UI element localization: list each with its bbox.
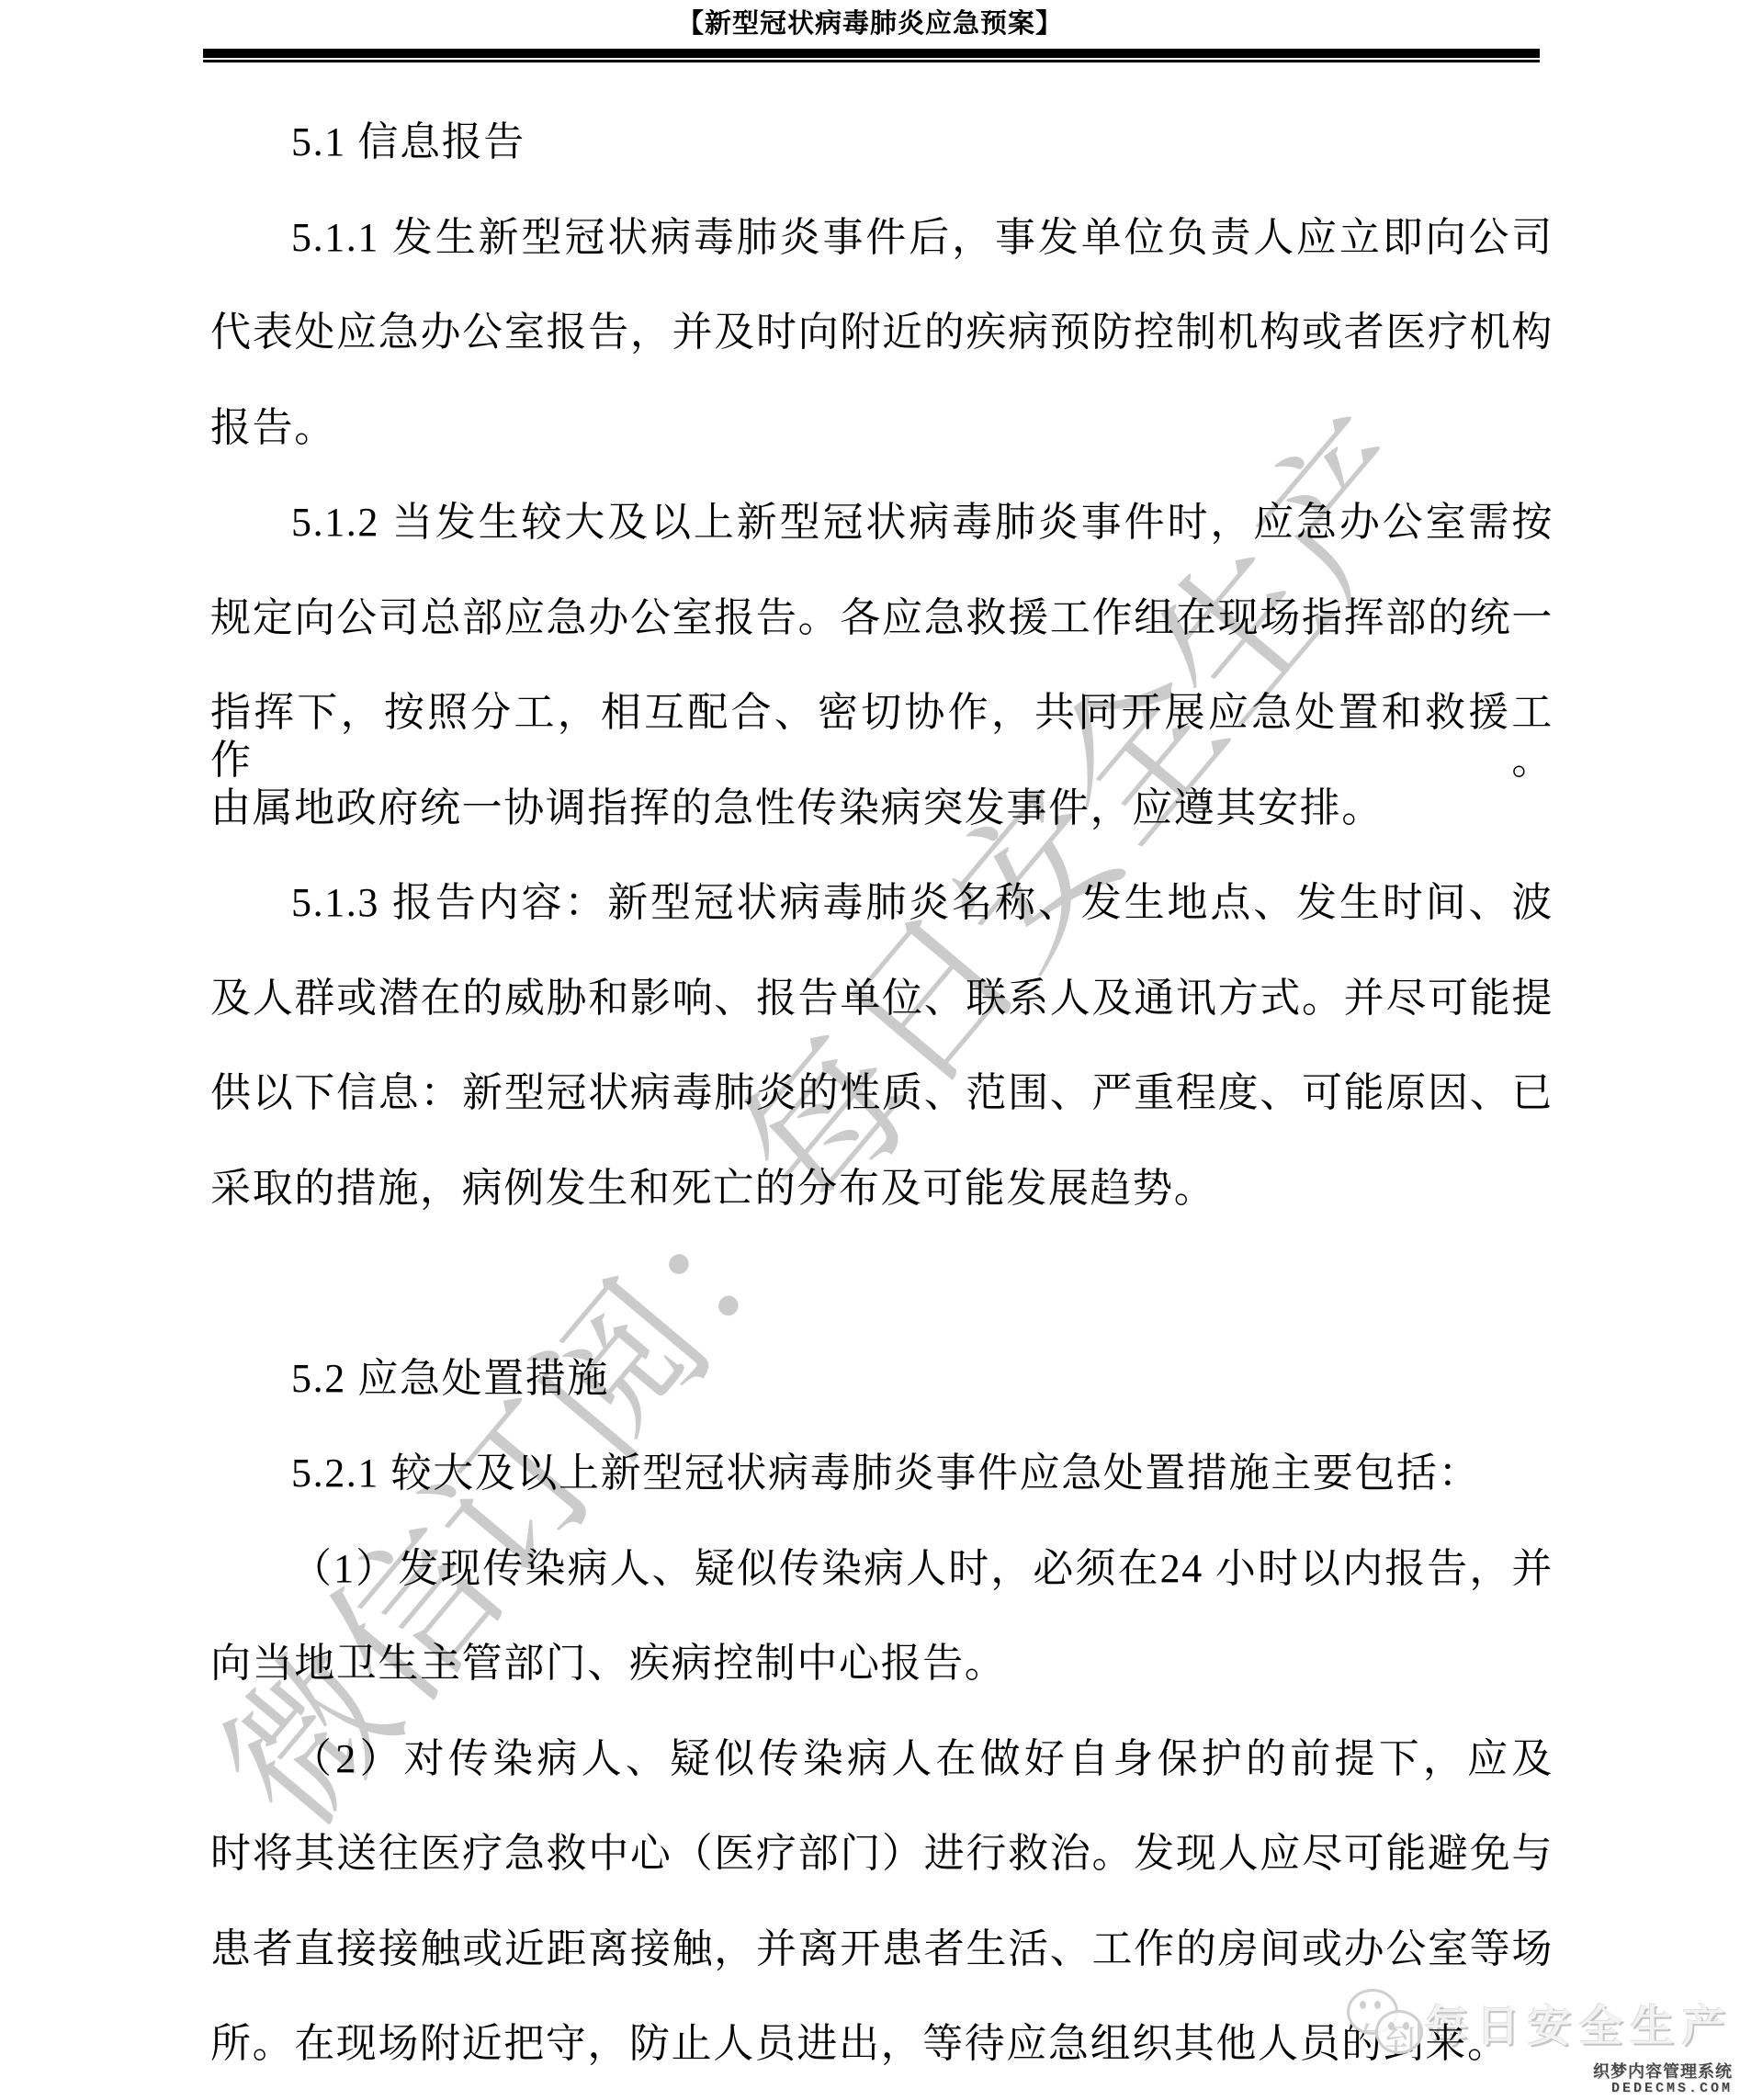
- wechat-icon-eye: [1374, 2001, 1381, 2009]
- document-line: 5.2 应急处置措施: [210, 1355, 1554, 1403]
- document-line: 及人群或潜在的威胁和影响、报告单位、联系人及通讯方式。并尽可能提: [210, 975, 1554, 1022]
- document-line: 5.1 信息报告: [210, 119, 1554, 166]
- document-line: （2）对传染病人、疑似传染病人在做好自身保护的前提下，应及: [210, 1735, 1554, 1783]
- document-page: 微信订阅：每日安全生产 每日安全生产 【新型冠状病毒肺炎应急预案】 5.1 信息…: [0, 0, 1740, 2100]
- document-line: 5.1.2 当发生较大及以上新型冠状病毒肺炎事件时，应急办公室需按: [210, 499, 1554, 547]
- document-line: 报告。: [210, 404, 1554, 452]
- wechat-icon-eye: [1403, 2022, 1409, 2030]
- header-rule-thin: [203, 60, 1540, 62]
- wechat-icon-eye: [1388, 2022, 1395, 2030]
- cms-credit-domain: DEDECMS.COM: [1494, 2081, 1733, 2096]
- document-line: 采取的措施，病例发生和死亡的分布及可能发展趋势。: [210, 1165, 1554, 1213]
- wechat-icon-eye: [1360, 2001, 1366, 2009]
- header-rule-thick: [203, 49, 1540, 58]
- document-line: 向当地卫生主管部门、疾病控制中心报告。: [210, 1640, 1554, 1688]
- document-line: 患者直接接触或近距离接触，并离开患者生活、工作的房间或办公室等场: [210, 1925, 1554, 1973]
- wechat-icon-small-bubble: [1375, 2010, 1423, 2054]
- document-line: 指挥下，按照分工，相互配合、密切协作，共同开展应急处置和救援工作。: [210, 689, 1554, 737]
- document-line: 5.2.1 较大及以上新型冠状病毒肺炎事件应急处置措施主要包括：: [210, 1450, 1554, 1497]
- document-line: （1）发现传染病人、疑似传染病人时，必须在24 小时以内报告，并: [210, 1545, 1554, 1593]
- document-line: 所。在现场附近把守，防止人员进出，等待应急组织其他人员的到来。: [210, 2020, 1554, 2068]
- document-line: 由属地政府统一协调指挥的急性传染病突发事件，应遵其安排。: [210, 785, 1554, 832]
- cms-credit: 织梦内容管理系统 DEDECMS.COM: [1494, 2063, 1733, 2096]
- document-line: 供以下信息：新型冠状病毒肺炎的性质、范围、严重程度、可能原因、已: [210, 1069, 1554, 1117]
- document-line: 5.1.3 报告内容：新型冠状病毒肺炎名称、发生地点、发生时间、波: [210, 879, 1554, 927]
- document-line: 5.1.1 发生新型冠状病毒肺炎事件后，事发单位负责人应立即向公司: [210, 214, 1554, 262]
- page-header-title: 【新型冠状病毒肺炎应急预案】: [0, 7, 1740, 40]
- cms-credit-chinese: 织梦内容管理系统: [1494, 2063, 1733, 2081]
- document-line: 时将其送往医疗急救中心（医疗部门）进行救治。发现人应尽可能避免与: [210, 1830, 1554, 1878]
- document-line: 规定向公司总部应急办公室报告。各应急救援工作组在现场指挥部的统一: [210, 594, 1554, 642]
- document-line: 代表处应急办公室报告，并及时向附近的疾病预防控制机构或者医疗机构: [210, 309, 1554, 356]
